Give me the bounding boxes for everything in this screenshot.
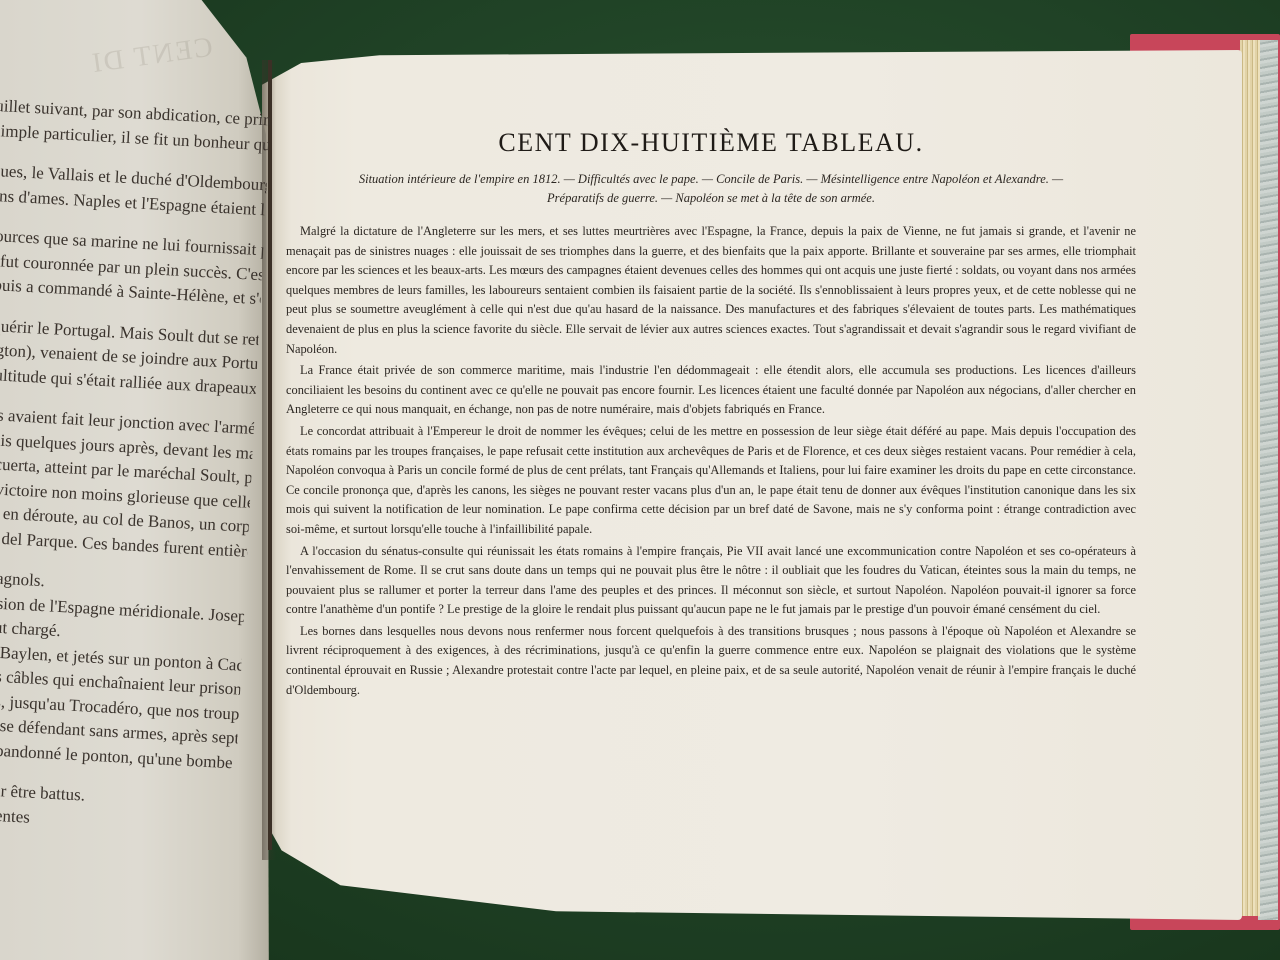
page-edges	[1240, 40, 1260, 916]
marbled-endpaper	[1258, 40, 1278, 920]
paragraph: La France était privée de son commerce m…	[286, 361, 1136, 420]
paragraph: A l'occasion du sénatus-consulte qui réu…	[286, 542, 1136, 620]
chapter-summary-line: Situation intérieure de l'empire en 1812…	[286, 170, 1136, 189]
left-page-bleed-header: CENT DI	[88, 32, 214, 81]
chapter-summary-line: Préparatifs de guerre. — Napoléon se met…	[286, 189, 1136, 208]
left-page-text: uillet suivant, par son abdication, ce p…	[0, 94, 276, 841]
paragraph: Les bornes dans lesquelles nous devons n…	[286, 622, 1136, 700]
chapter-summary: Situation intérieure de l'empire en 1812…	[286, 170, 1136, 208]
paragraph: Le concordat attribuait à l'Empereur le …	[286, 422, 1136, 540]
chapter-title: CENT DIX-HUITIÈME TABLEAU.	[286, 128, 1136, 158]
paragraph: Malgré la dictature de l'Angleterre sur …	[286, 222, 1136, 359]
right-page-text: CENT DIX-HUITIÈME TABLEAU. Situation int…	[286, 128, 1136, 700]
